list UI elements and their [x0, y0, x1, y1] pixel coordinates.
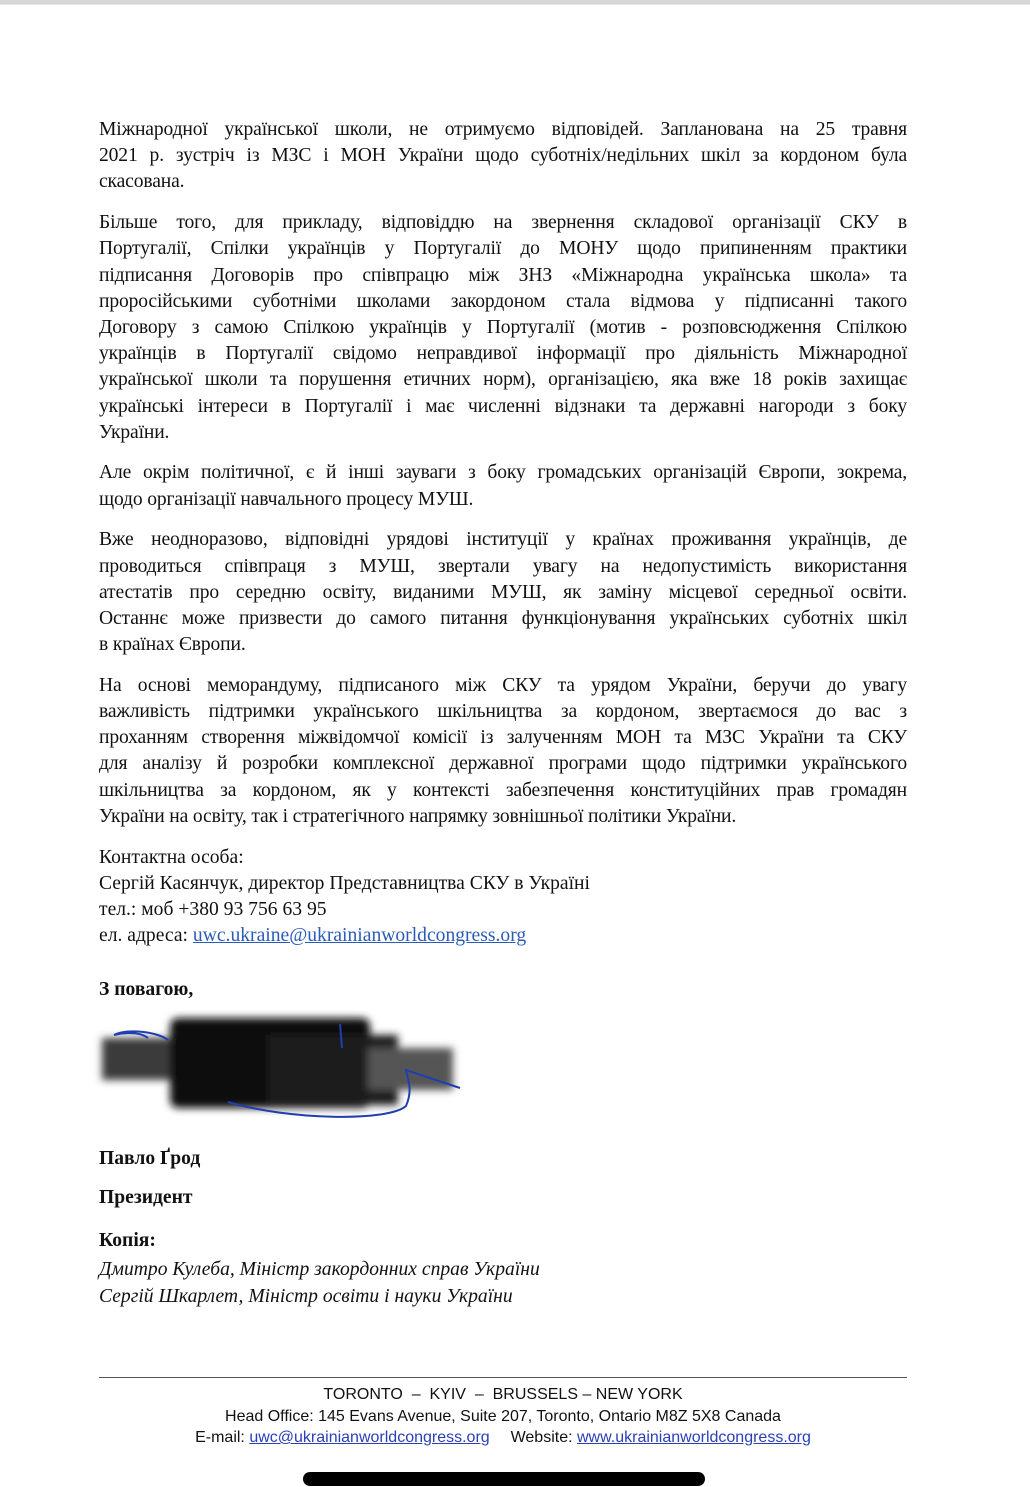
paragraph-line: для аналізу й розробки комплексної держа…: [99, 751, 907, 777]
paragraph-line: Останнє може призвести до самого питання…: [99, 606, 907, 632]
copy-recipient: Дмитро Кулеба, Міністр закордонних справ…: [99, 1256, 540, 1283]
paragraph: Міжнародної української школи, не отриму…: [99, 117, 907, 196]
footer-email-link[interactable]: uwc@ukrainianworldcongress.org: [249, 1429, 489, 1446]
contact-block: Контактна особа: Сергій Касянчук, директ…: [99, 845, 907, 950]
footer-contacts: E-mail: uwc@ukrainianworldcongress.org W…: [99, 1427, 907, 1449]
footer-divider: [99, 1377, 907, 1378]
top-scroll-edge: [0, 0, 1030, 5]
paragraph-line: Але окрім політичної, є й інші зауваги з…: [99, 460, 907, 486]
paragraph-line: проханням створення міжвідомчої комісії …: [99, 725, 907, 751]
paragraph-line: Вже неодноразово, відповідні урядові інс…: [99, 527, 907, 553]
footer-website-link[interactable]: www.ukrainianworldcongress.org: [577, 1429, 811, 1446]
paragraph-line: шкільництва за кордоном, як у контексті …: [99, 778, 907, 804]
paragraph-line: 2021 р. зустріч із МЗС і МОН України щод…: [99, 143, 907, 169]
copy-label: Копія:: [99, 1230, 156, 1252]
paragraph-line: України.: [99, 420, 907, 446]
paragraph-line: атестатів про середню освіту, виданими М…: [99, 580, 907, 606]
paragraph: Але окрім політичної, є й інші зауваги з…: [99, 460, 907, 512]
footer-email-label: E-mail:: [195, 1429, 249, 1446]
contact-email-link[interactable]: uwc.ukraine@ukrainianworldcongress.org: [193, 925, 526, 946]
contact-phone: тел.: моб +380 93 756 63 95: [99, 897, 907, 923]
contact-person: Сергій Касянчук, директор Представництва…: [99, 871, 907, 897]
paragraph-line: української школи та порушення етичних н…: [99, 367, 907, 393]
redacted-signature: [88, 1010, 468, 1120]
signer-name: Павло Ґрод: [99, 1148, 200, 1170]
copies-list: Дмитро Кулеба, Міністр закордонних справ…: [99, 1256, 540, 1310]
copy-recipient: Сергій Шкарлет, Міністр освіти і науки У…: [99, 1283, 540, 1310]
paragraph-line: важливість підтримки українського шкільн…: [99, 699, 907, 725]
home-indicator[interactable]: [303, 1472, 705, 1486]
contact-email-row: ел. адреса: uwc.ukraine@ukrainianworldco…: [99, 923, 907, 949]
paragraph-line: Міжнародної української школи, не отриму…: [99, 117, 907, 143]
paragraph-line: На основі меморандуму, підписаного між С…: [99, 673, 907, 699]
letter-body: Міжнародної української школи, не отриму…: [99, 117, 907, 949]
paragraph: Більше того, для прикладу, відповіддю на…: [99, 210, 907, 446]
paragraph-line: Португалії, Спілки українців у Португалі…: [99, 236, 907, 262]
paragraph-line: України на освіту, так і стратегічного н…: [99, 804, 907, 830]
contact-email-label: ел. адреса:: [99, 925, 193, 946]
paragraph: Вже неодноразово, відповідні урядові інс…: [99, 527, 907, 658]
paragraph: На основі меморандуму, підписаного між С…: [99, 673, 907, 830]
footer-website-label: Website:: [511, 1429, 577, 1446]
paragraph-line: проводиться співпраця з МУШ, звертали ув…: [99, 554, 907, 580]
paragraphs: Міжнародної української школи, не отриму…: [99, 117, 907, 830]
paragraph-line: скасована.: [99, 169, 907, 195]
contact-label: Контактна особа:: [99, 845, 907, 871]
paragraph-line: щодо організації навчального процесу МУШ…: [99, 487, 907, 513]
signer-title: Президент: [99, 1187, 193, 1209]
footer-cities: TORONTO – KYIV – BRUSSELS – NEW YORK: [99, 1384, 907, 1406]
footer-address: Head Office: 145 Evans Avenue, Suite 207…: [99, 1406, 907, 1428]
paragraph-line: в країнах Європи.: [99, 632, 907, 658]
paragraph-line: українські інтереси в Португалії і має ч…: [99, 394, 907, 420]
paragraph-line: українців в Португалії свідомо неправдив…: [99, 341, 907, 367]
closing: З повагою,: [99, 979, 193, 1001]
footer: TORONTO – KYIV – BRUSSELS – NEW YORK Hea…: [99, 1384, 907, 1449]
paragraph-line: Договору з самою Спілкою українців у Пор…: [99, 315, 907, 341]
paragraph-line: підписання Договорів про співпрацю між З…: [99, 263, 907, 289]
paragraph-line: Більше того, для прикладу, відповіддю на…: [99, 210, 907, 236]
paragraph-line: проросійськими суботніми школами закордо…: [99, 289, 907, 315]
